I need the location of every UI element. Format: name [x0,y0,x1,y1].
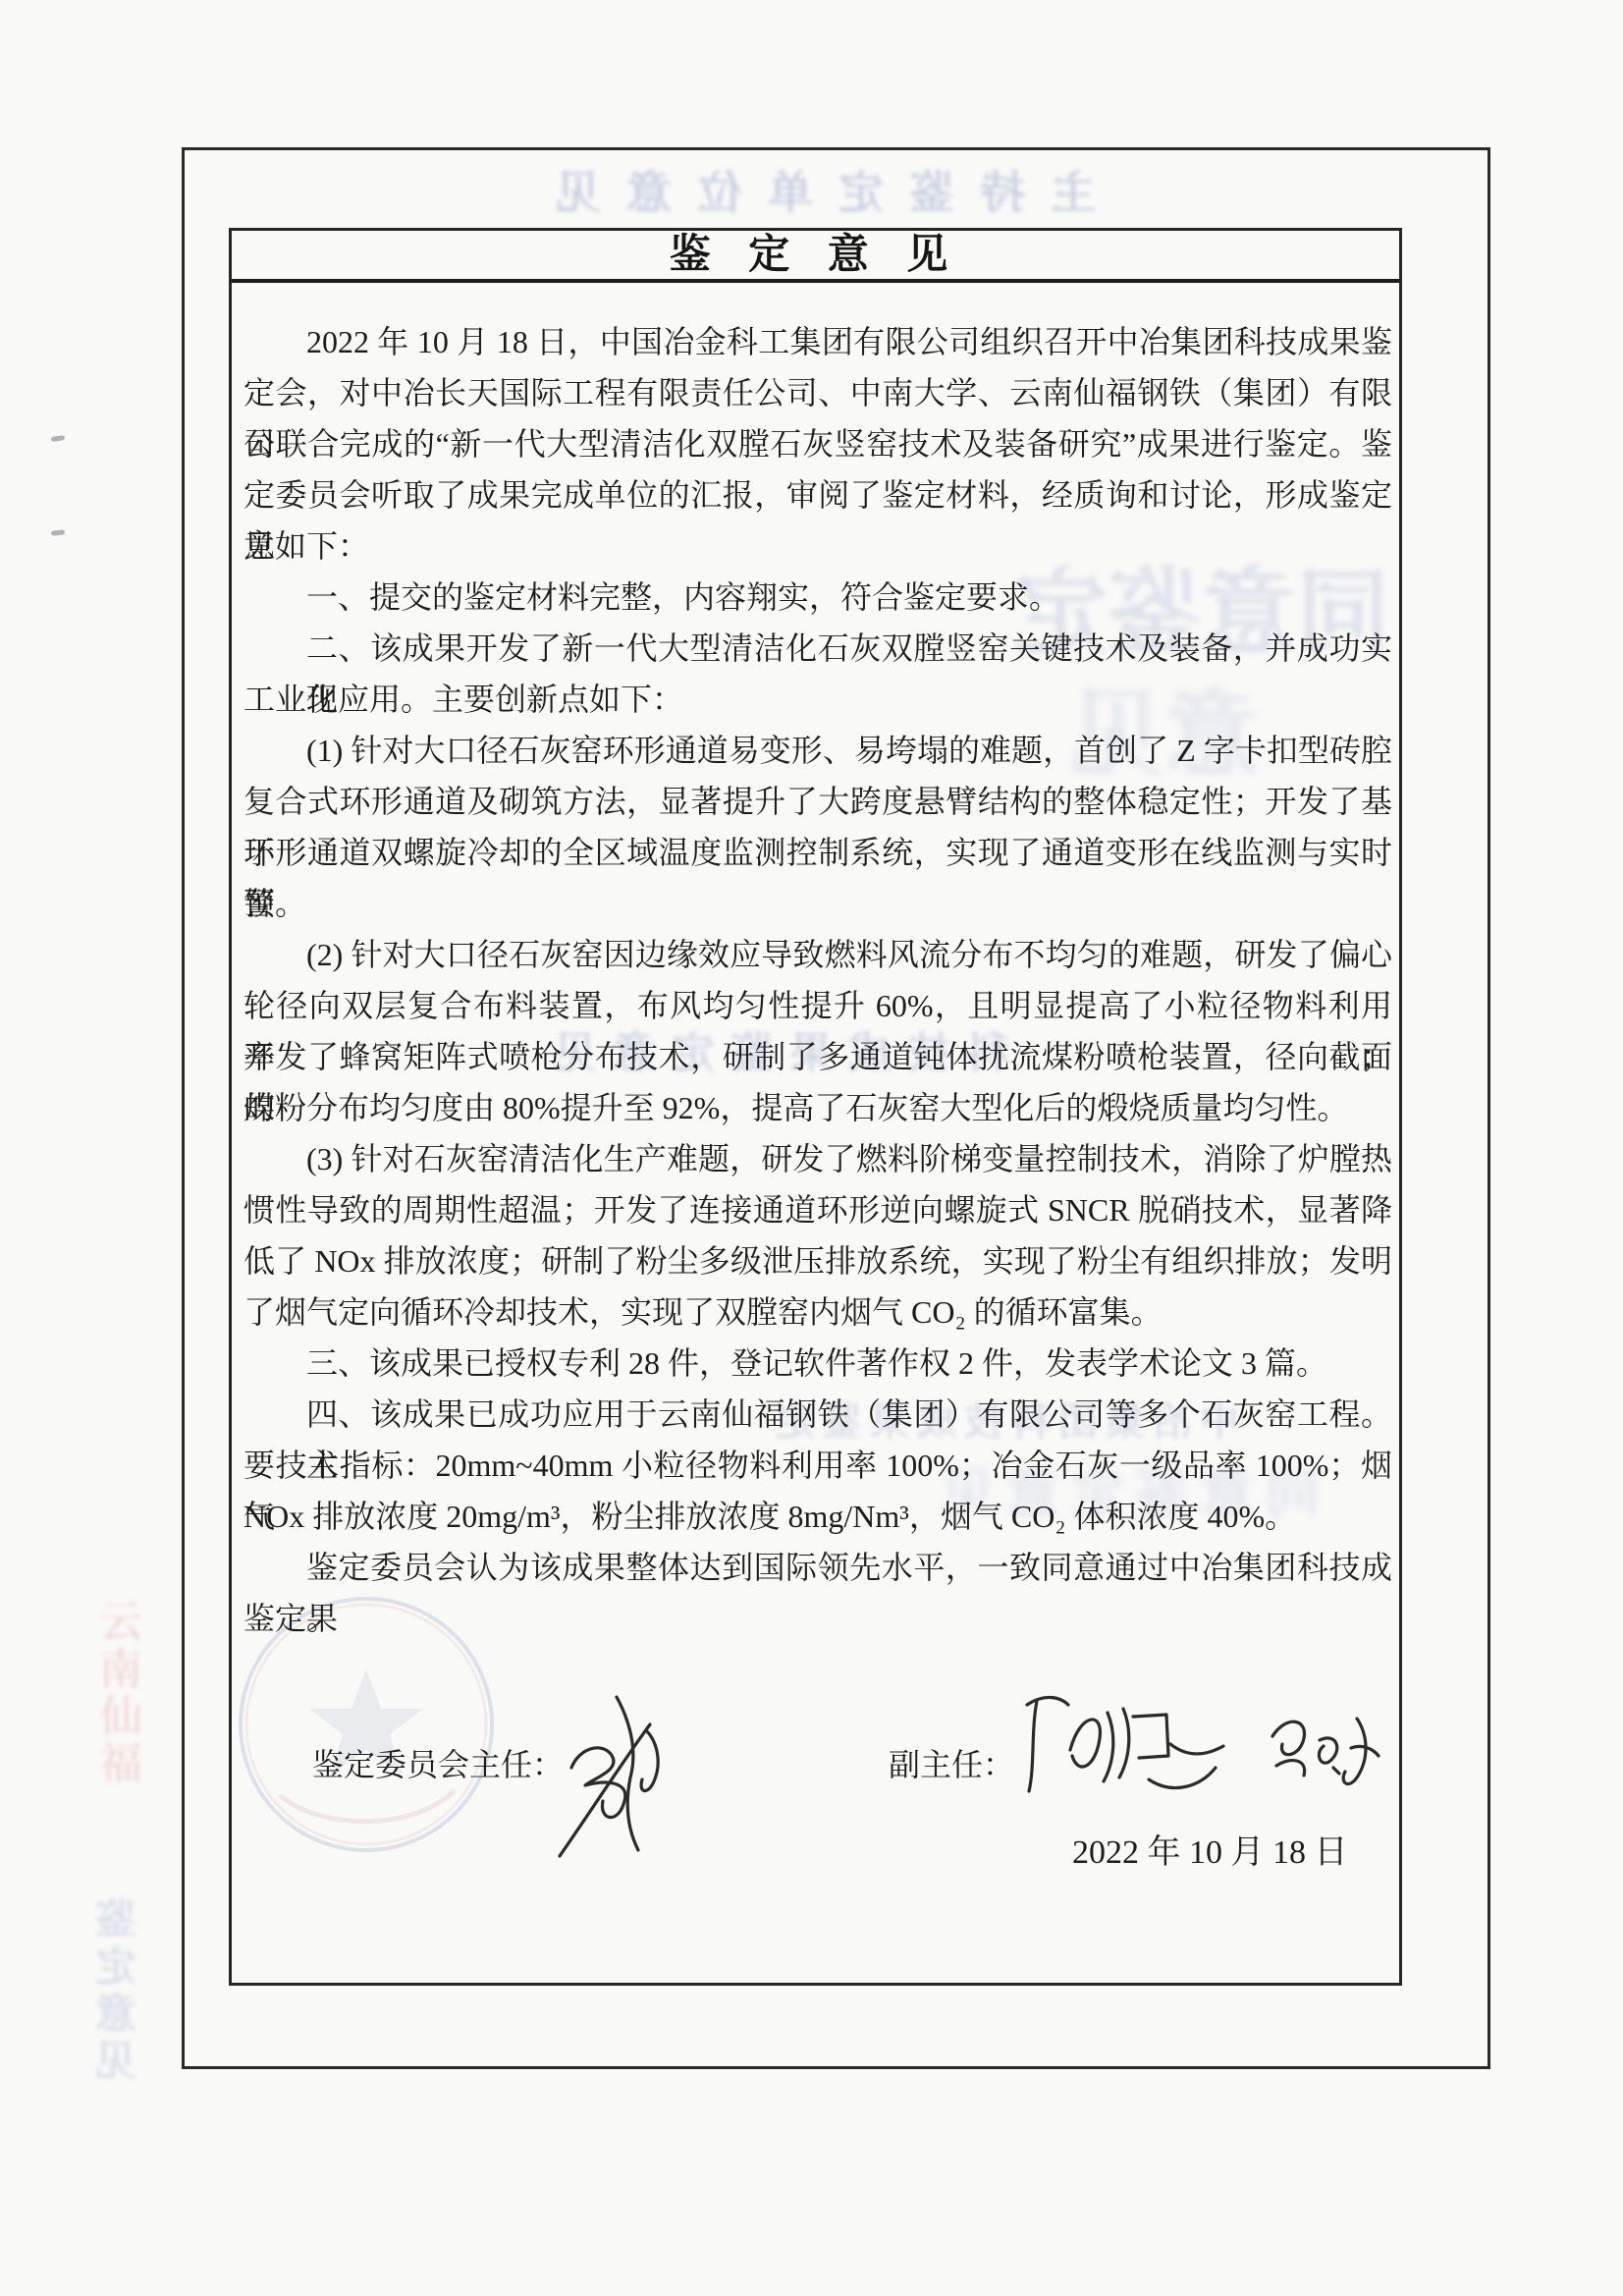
body-line: 复合式环形通道及砌筑方法，显著提升了大跨度悬臂结构的整体稳定性；开发了基于 [243,776,1392,827]
body-text: 2022 年 10 月 18 日，中国冶金科工集团有限公司组织召开中冶集团科技成… [243,316,1392,1644]
chief-signature-handwriting [552,1691,704,1863]
body-line: 一、提交的鉴定材料完整，内容翔实，符合鉴定要求。 [243,572,1392,623]
scan-speck [51,435,66,442]
red-stamp-fragment: 云南仙福 [84,1599,147,1787]
body-line: 轮径向双层复合布料装置，布风均匀性提升 60%，且明显提高了小粒径物料利用率； [243,980,1392,1031]
chief-committee-label: 鉴定委员会主任： [312,1740,564,1785]
vice-signature-2-handwriting [1263,1705,1385,1793]
body-line: (1) 针对大口径石灰窑环形通道易变形、易垮塌的难题，首创了 Z 字卡扣型砖腔 [243,725,1392,776]
bleedthrough-watermark-top: 主持鉴定单位意见 [530,157,1096,222]
body-line: 三、该成果已授权专利 28 件，登记软件著作权 2 件，发表学术论文 3 篇。 [243,1338,1392,1389]
body-line: 惯性导致的周期性超温；开发了连接通道环形逆向螺旋式 SNCR 脱硝技术，显著降 [243,1184,1392,1235]
body-line: 司联合完成的“新一代大型清洁化双膛石灰竖窑技术及装备研究”成果进行鉴定。鉴 [243,418,1392,469]
body-line: 警。 [243,878,1392,929]
body-line: 定委员会听取了成果完成单位的汇报，审阅了鉴定材料，经质询和讨论，形成鉴定意 [243,469,1392,520]
body-line: (3) 针对石灰窑清洁化生产难题，研发了燃料阶梯变量控制技术，消除了炉膛热 [243,1133,1392,1184]
body-line: 了烟气定向循环冷却技术，实现了双膛窑内烟气 CO₂ 的循环富集。 [243,1286,1392,1338]
body-line: 开发了蜂窝矩阵式喷枪分布技术，研制了多通道钝体扰流煤粉喷枪装置，径向截面的 [243,1031,1392,1082]
body-line: 环形通道双螺旋冷却的全区域温度监测控制系统，实现了通道变形在线监测与实时预 [243,827,1392,878]
body-line: 四、该成果已成功应用于云南仙福钢铁（集团）有限公司等多个石灰窑工程。主 [243,1389,1392,1440]
body-line: 低了 NOx 排放浓度；研制了粉尘多级泄压排放系统，实现了粉尘有组织排放；发明 [243,1235,1392,1286]
body-line: 鉴定委员会认为该成果整体达到国际领先水平，一致同意通过中冶集团科技成果 [243,1542,1392,1593]
scanned-page: 主持鉴定单位意见 同意鉴定 意见 科技成果鉴定意见 中冶集团科技成果鉴定 同意鉴… [0,0,1623,2296]
body-line: 定会，对中冶长天国际工程有限责任公司、中南大学、云南仙福钢铁（集团）有限公 [243,367,1392,418]
body-line: (2) 针对大口径石灰窑因边缘效应导致燃料风流分布不均匀的难题，研发了偏心 [243,929,1392,980]
scan-speck [51,529,65,535]
body-line: 2022 年 10 月 18 日，中国冶金科工集团有限公司组织召开中冶集团科技成… [243,316,1392,367]
body-line: NOx 排放浓度 20mg/m³，粉尘排放浓度 8mg/Nm³，烟气 CO₂ 体… [243,1491,1392,1542]
body-line: 要技术指标：20mm~40mm 小粒径物料利用率 100%；冶金石灰一级品率 1… [243,1440,1392,1491]
vice-committee-label: 副主任： [889,1740,1014,1785]
vice-signature-1-handwriting [1023,1685,1229,1808]
body-line: 煤粉分布均匀度由 80%提升至 92%，提高了石灰窑大型化后的煅烧质量均匀性。 [243,1082,1392,1133]
signoff-date: 2022 年 10 月 18 日 [1072,1825,1348,1873]
document-title: 鉴 定 意 见 [232,231,1399,283]
body-line: 工业化应用。主要创新点如下： [243,674,1392,725]
bleedthrough-watermark-left-column: 鉴定意见 [90,1897,149,2074]
body-line: 二、该成果开发了新一代大型清洁化石灰双膛竖窑关键技术及装备，并成功实现 [243,623,1392,674]
body-line: 鉴定。 [243,1593,1392,1644]
body-line: 见如下： [243,520,1392,572]
